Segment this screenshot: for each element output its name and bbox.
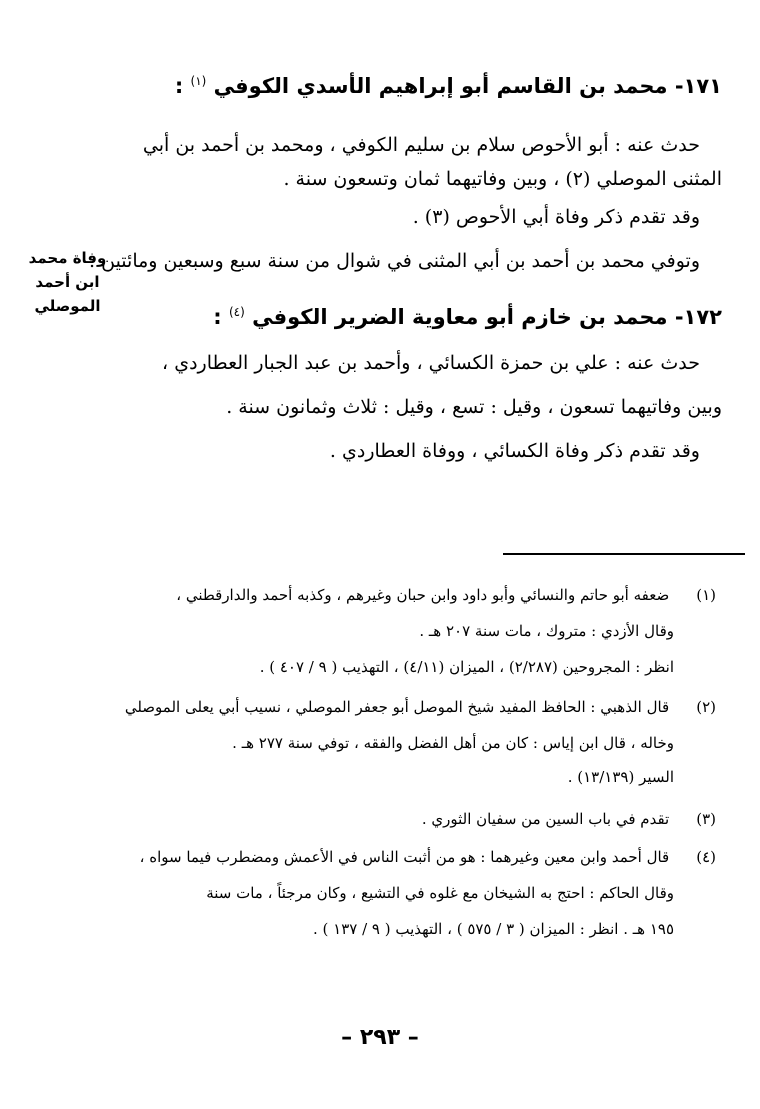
footnote-3: (٣) تقدم في باب السين من سفيان الثوري .	[422, 810, 716, 828]
footnote-text: قال الذهبي : الحافظ المفيد شيخ الموصل أب…	[125, 698, 669, 716]
body-line: المثنى الموصلي (٢) ، وبين وفاتيهما ثمان …	[283, 168, 722, 190]
footnote-number: (٣)	[674, 810, 716, 828]
body-line: وقد تقدم ذكر وفاة الكسائي ، ووفاة العطار…	[330, 440, 700, 462]
footnote-ref: (١)	[191, 74, 207, 88]
heading-colon: :	[175, 74, 183, 98]
footnote-line: انظر : المجروحين (٢/٢٨٧) ، الميزان (٤/١١…	[260, 658, 674, 676]
margin-note-line: ابن أحمد	[20, 270, 115, 294]
footnote-number: (٤)	[674, 848, 716, 866]
footnote-line: السير (١٣/١٣٩) .	[568, 768, 674, 786]
footnote-ref: (٤)	[229, 305, 245, 319]
footnote-separator	[503, 553, 745, 555]
entry-heading-text: ١٧٢- محمد بن خازم أبو معاوية الضرير الكو…	[252, 305, 722, 329]
margin-note-line: الموصلي	[20, 294, 115, 318]
footnote-number: (٢)	[674, 698, 716, 716]
footnote-text: ضعفه أبو حاتم والنسائي وأبو داود وابن حب…	[176, 586, 669, 604]
body-line: وتوفي محمد بن أحمد بن أبي المثنى في شوال…	[89, 250, 700, 272]
margin-note: وفاة محمد ابن أحمد الموصلي	[20, 246, 115, 318]
footnote-line: وقال الحاكم : احتج به الشيخان مع غلوه في…	[206, 884, 674, 902]
body-line: حدث عنه : أبو الأحوص سلام بن سليم الكوفي…	[143, 134, 700, 156]
footnote-1: (١) ضعفه أبو حاتم والنسائي وأبو داود واب…	[176, 586, 716, 604]
page-number: – ٢٩٣ –	[0, 1025, 760, 1050]
footnote-text: قال أحمد وابن معين وغيرهما : هو من أثبت …	[140, 848, 670, 866]
body-line: وقد تقدم ذكر وفاة أبي الأحوص (٣) .	[413, 206, 700, 228]
body-line: حدث عنه : علي بن حمزة الكسائي ، وأحمد بن…	[162, 352, 700, 374]
entry-heading-172: ١٧٢- محمد بن خازم أبو معاوية الضرير الكو…	[213, 305, 722, 329]
entry-heading-171: ١٧١- محمد بن القاسم أبو إبراهيم الأسدي ا…	[175, 74, 722, 98]
footnote-2: (٢) قال الذهبي : الحافظ المفيد شيخ الموص…	[125, 698, 716, 716]
heading-colon: :	[213, 305, 221, 329]
footnote-number: (١)	[674, 586, 716, 604]
footnote-text: تقدم في باب السين من سفيان الثوري .	[422, 810, 669, 828]
footnote-4: (٤) قال أحمد وابن معين وغيرهما : هو من أ…	[140, 848, 716, 866]
book-page: ١٧١- محمد بن القاسم أبو إبراهيم الأسدي ا…	[0, 0, 760, 1109]
entry-heading-text: ١٧١- محمد بن القاسم أبو إبراهيم الأسدي ا…	[214, 74, 722, 98]
footnote-line: وخاله ، قال ابن إياس : كان من أهل الفضل …	[232, 734, 674, 752]
body-line: وبين وفاتيهما تسعون ، وقيل : تسع ، وقيل …	[226, 396, 722, 418]
footnote-line: ١٩٥ هـ . انظر : الميزان ( ٣ / ٥٧٥ ) ، ال…	[313, 920, 674, 938]
margin-note-line: وفاة محمد	[20, 246, 115, 270]
footnote-line: وقال الأزدي : متروك ، مات سنة ٢٠٧ هـ .	[419, 622, 674, 640]
